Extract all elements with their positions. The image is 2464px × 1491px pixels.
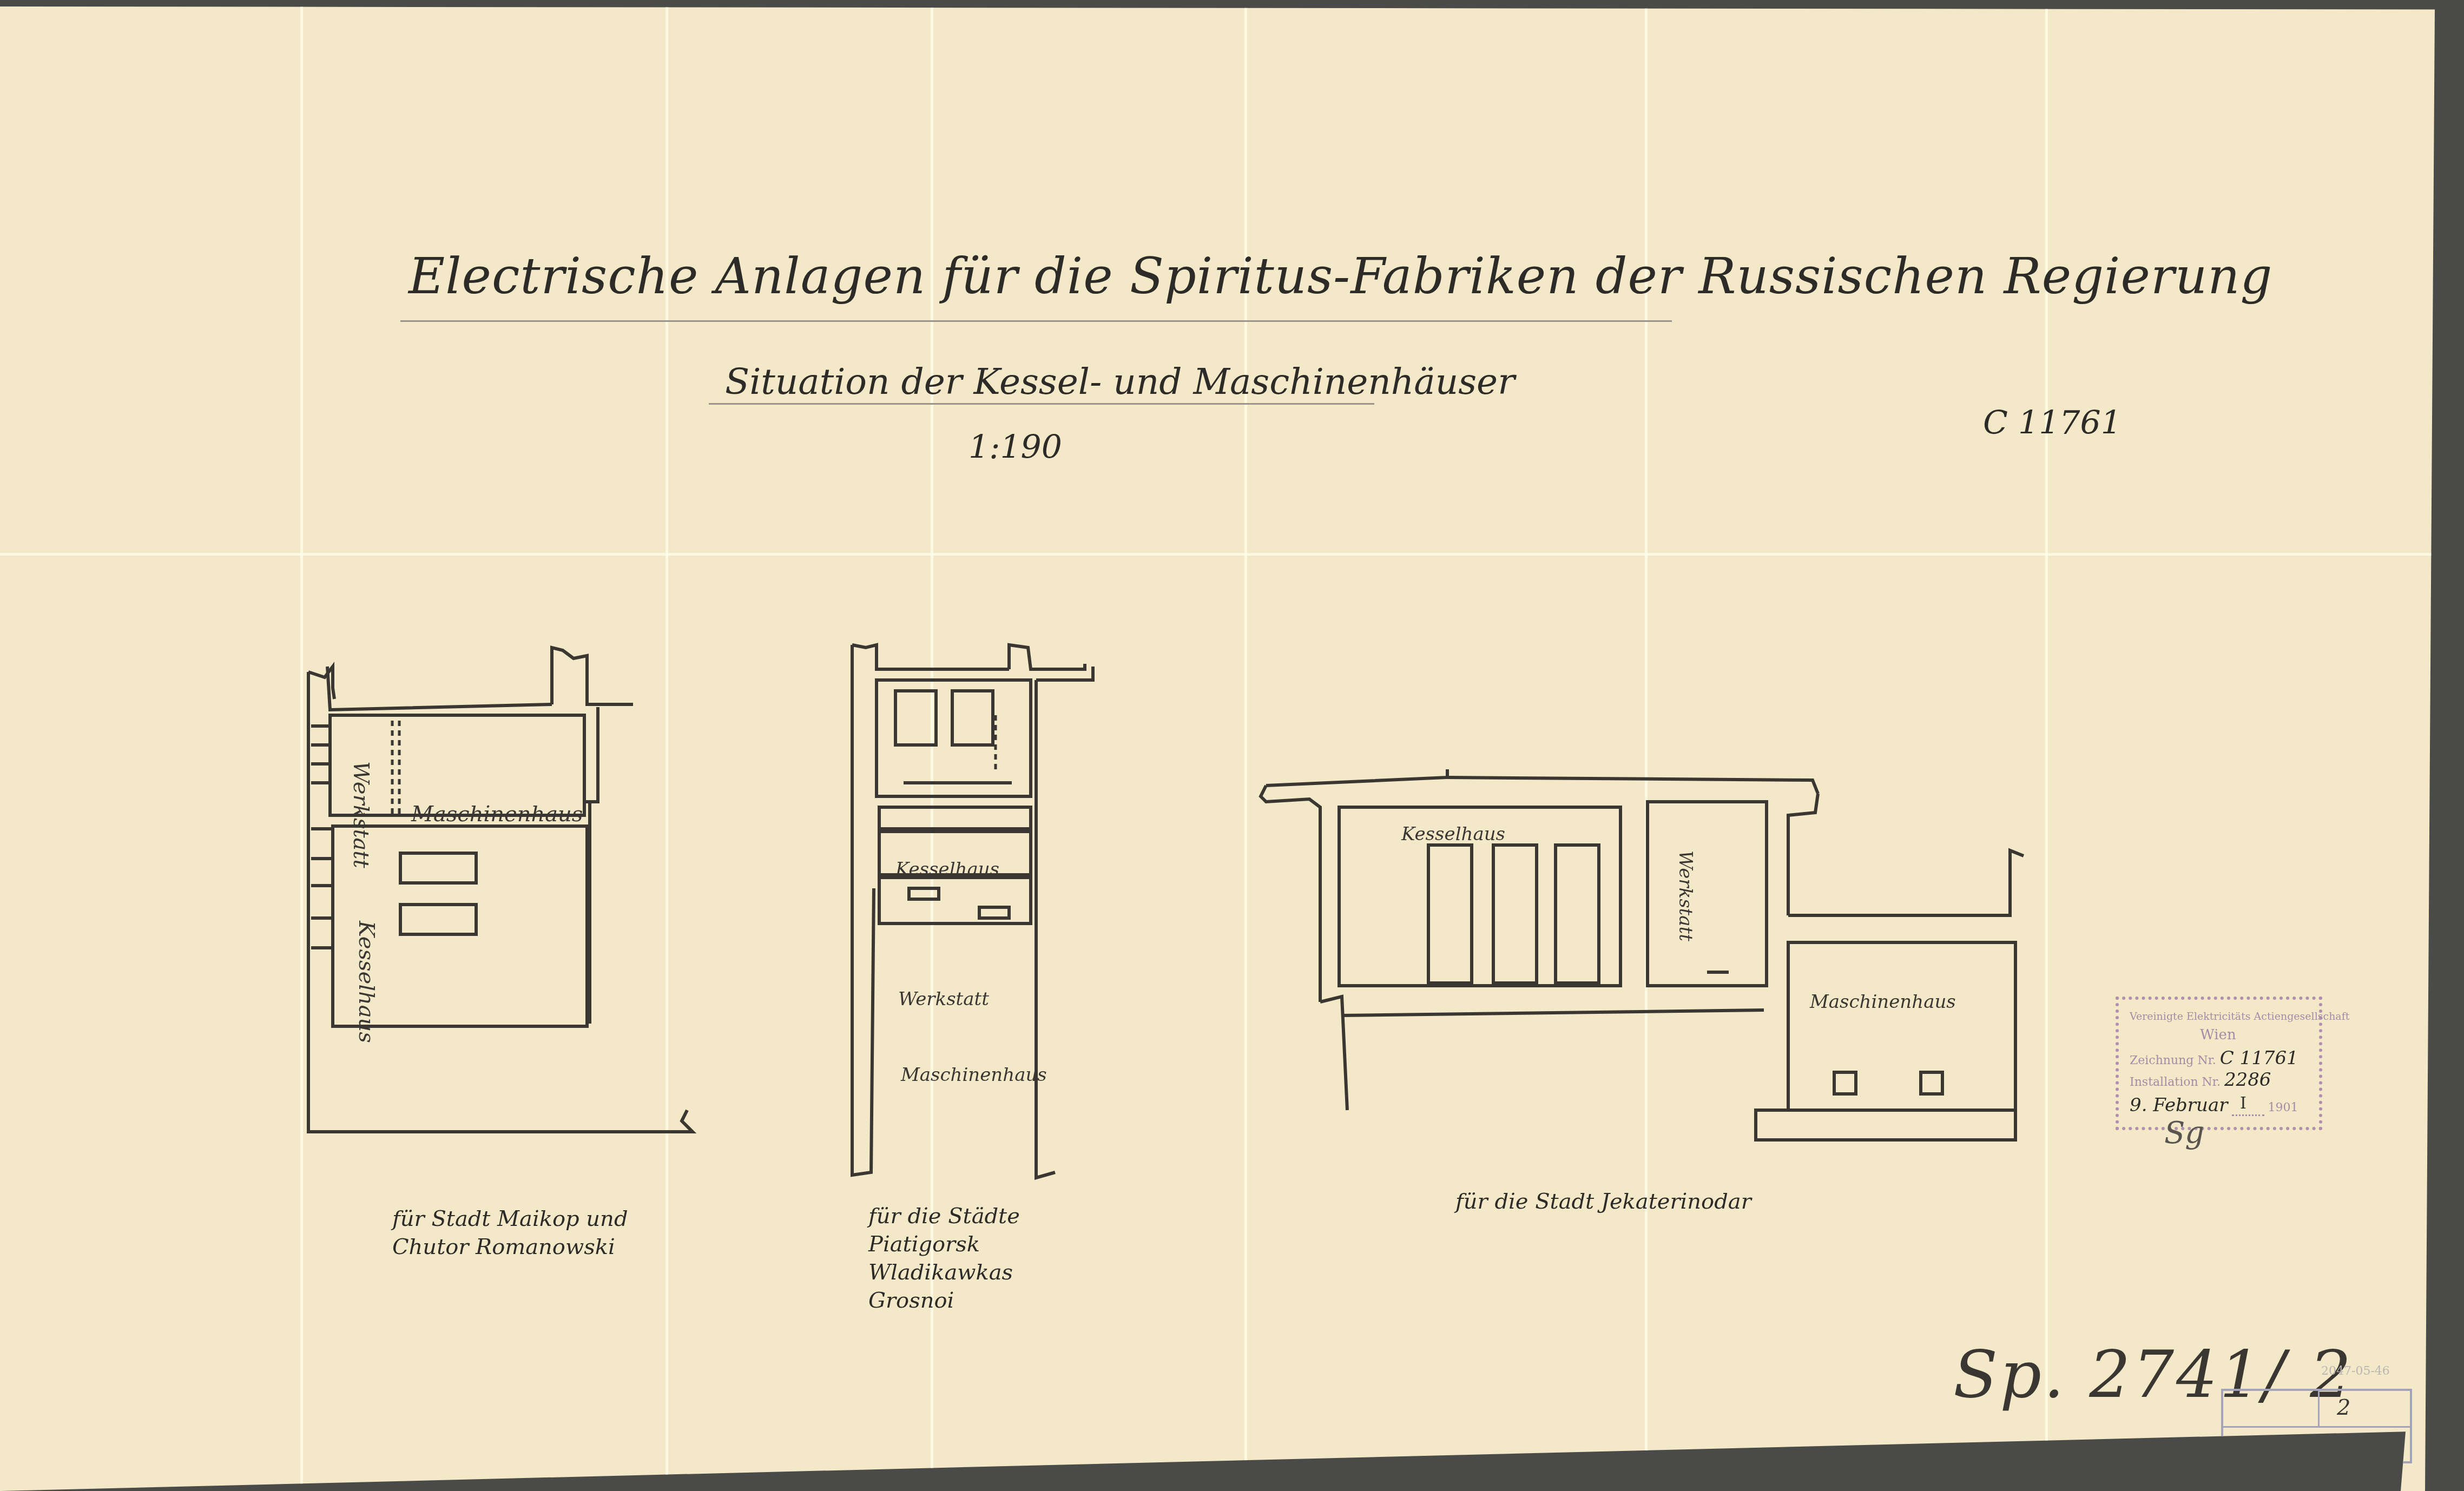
stamp-installation-label: Installation Nr. [2130, 1076, 2221, 1089]
plan-caption: für die Stadt Jekaterinodar [1455, 1187, 1751, 1216]
document-subtitle: Situation der Kessel- und Maschinenhäuse… [725, 361, 1515, 403]
fold-line [1244, 6, 1247, 1491]
stamp-company: Vereinigte Elektricitäts Actiengesellsch… [2130, 1011, 2349, 1022]
archive-box-number: 2 [2337, 1395, 2350, 1420]
stamp-year: 1901 [2268, 1101, 2298, 1114]
document-title: Electrische Anlagen für die Spiritus-Fab… [409, 247, 2272, 305]
room-label: Maschinenhaus [411, 802, 583, 827]
archive-stamp: 2 [2221, 1389, 2412, 1463]
fold-line [0, 553, 2435, 556]
plan-caption: für die Städte Piatigorsk Wladikawkas Gr… [868, 1202, 1020, 1315]
stamp-roman-numeral: I [2240, 1094, 2246, 1113]
room-label: Werkstatt [348, 761, 373, 868]
drawing-number: C 11761 [1983, 404, 2122, 442]
room-label: Maschinenhaus [1810, 991, 1956, 1013]
subtitle-underline [709, 403, 1374, 405]
fold-line [1645, 6, 1648, 1491]
room-label: Maschinenhaus [901, 1064, 1047, 1086]
scale-label: 1:190 [969, 428, 1062, 466]
room-label: Werkstatt [898, 988, 989, 1010]
floor-plan-3 [1261, 764, 2029, 1143]
stamp-date: 9. Februar [2130, 1094, 2228, 1116]
signature: Sg [2164, 1116, 2204, 1151]
room-label: Kesselhaus [1401, 823, 1505, 845]
drawing-sheet: Electrische Anlagen für die Spiritus-Fab… [0, 6, 2435, 1491]
archive-code: 2047-05-46 [2321, 1364, 2390, 1378]
floor-plan-2 [849, 639, 1120, 1186]
stamp-city: Wien [2200, 1027, 2236, 1043]
fold-line [2045, 6, 2048, 1491]
title-underline [400, 320, 1672, 322]
room-label: Kesselhaus [895, 859, 999, 880]
floor-plan-1 [303, 634, 693, 1143]
stamp-installation-value: 2286 [2224, 1069, 2271, 1091]
room-label: Werkstatt [1675, 850, 1696, 941]
room-label: Kesselhaus [354, 921, 379, 1043]
company-stamp: Vereinigte Elektricitäts Actiengesellsch… [2116, 997, 2322, 1130]
stamp-zeichnung-label: Zeichnung Nr. [2130, 1054, 2216, 1067]
stamp-zeichnung-value: C 11761 [2220, 1047, 2298, 1069]
plan-caption: für Stadt Maikop und Chutor Romanowski [392, 1205, 628, 1261]
